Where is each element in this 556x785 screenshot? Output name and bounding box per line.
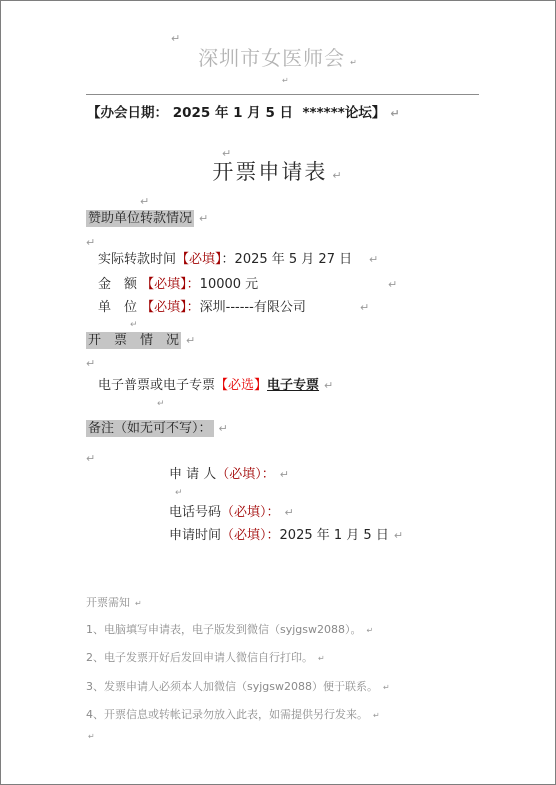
pilcrow-mark: ↵ (350, 58, 358, 67)
transfer-amount-value: 10000 元 (200, 277, 259, 292)
pilcrow-mark: ↵ (394, 529, 403, 542)
pilcrow-mark: ↵ (86, 237, 95, 248)
required-select-tag: 【必选】 (215, 378, 267, 393)
pilcrow-mark: ↵ (88, 733, 95, 741)
pilcrow-mark: ↵ (369, 254, 378, 265)
pilcrow-mark: ↵ (332, 169, 343, 182)
pilcrow-mark: ↵ (222, 148, 231, 159)
transfer-time-value: 2025 年 5 月 27 日 (235, 252, 353, 267)
required-tag: （必填）： (216, 467, 275, 482)
remark-heading-text: 备注（如无可不写）： (86, 420, 214, 437)
pilcrow-mark: ↵ (318, 654, 325, 663)
transfer-heading-text: 赞助单位转款情况 (86, 210, 194, 227)
transfer-unit-value: 深圳------有限公司 (200, 300, 306, 315)
note-item-text: 3、发票申请人必须本人加微信（syjgsw2088）便于联系。 (86, 680, 378, 693)
pilcrow-mark: ↵ (199, 212, 208, 225)
transfer-unit-row: 单 位 【必填】：深圳------有限公司 (98, 300, 306, 316)
pilcrow-mark: ↵ (280, 468, 289, 481)
org-title-line: 深圳市女医师会↵ (1, 46, 555, 71)
invoice-type-label: 电子普票或电子专票 (98, 378, 215, 393)
transfer-amount-row: 金 额 【必填】：10000 元 (98, 277, 258, 293)
colon: ： (187, 300, 200, 315)
transfer-unit-label: 单 位 (98, 300, 141, 315)
transfer-amount-label: 金 额 (98, 277, 141, 292)
pilcrow-mark: ↵ (285, 506, 294, 519)
transfer-time-label: 实际转款时间 (98, 252, 176, 267)
applicant-phone-label: 电话号码 (169, 505, 221, 520)
applicant-date-row: 申请时间（必填）：2025 年 1 月 5 日↵ (169, 528, 403, 544)
required-tag: 【必填】 (141, 277, 187, 292)
pilcrow-mark: ↵ (135, 599, 142, 608)
colon: ： (187, 277, 200, 292)
meeting-date-text: 【办会日期： 2025 年 1 月 5 日 ******论坛】 (87, 105, 385, 121)
applicant-date-label: 申请时间 (169, 528, 221, 543)
transfer-section-heading: 赞助单位转款情况↵ (86, 211, 208, 227)
invoice-type-value: 电子专票 (267, 378, 319, 393)
pilcrow-mark: ↵ (219, 422, 228, 435)
note-item: 1、电脑填写申请表，电子版发到微信（syjgsw2088）。↵ (86, 621, 373, 637)
note-item: 2、电子发票开好后发回申请人微信自行打印。↵ (86, 649, 325, 665)
pilcrow-mark: ↵ (171, 33, 180, 44)
note-item-text: 4、开票信息或转帐记录勿放入此表，如需提供另行发来。 (86, 708, 368, 721)
required-tag: （必填）： (221, 528, 280, 543)
pilcrow-mark: ↵ (367, 626, 374, 635)
pilcrow-mark: ↵ (157, 400, 165, 409)
pilcrow-mark: ↵ (324, 379, 333, 392)
pilcrow-mark: ↵ (86, 453, 95, 464)
pilcrow-mark: ↵ (373, 711, 380, 720)
required-tag: （必填）： (221, 505, 280, 520)
invoice-heading-text: 开 票 情 况 (86, 332, 181, 349)
pilcrow-mark: ↵ (86, 358, 95, 369)
pilcrow-mark: ↵ (130, 321, 138, 330)
invoice-section-heading: 开 票 情 况↵ (86, 333, 195, 349)
pilcrow-mark: ↵ (360, 302, 369, 313)
applicant-name-label: 申 请 人 (169, 467, 216, 482)
notes-title: 开票需知 (86, 596, 130, 609)
note-item: 4、开票信息或转帐记录勿放入此表，如需提供另行发来。↵ (86, 706, 380, 722)
pilcrow-mark: ↵ (175, 489, 183, 498)
applicant-name-row: 申 请 人（必填）：↵ (169, 467, 289, 483)
org-title: 深圳市女医师会 (198, 46, 345, 70)
pilcrow-mark: ↵ (140, 196, 149, 207)
note-item: 3、发票申请人必须本人加微信（syjgsw2088）便于联系。↵ (86, 678, 390, 694)
note-item-text: 2、电子发票开好后发回申请人微信自行打印。 (86, 651, 313, 664)
applicant-phone-row: 电话号码（必填）：↵ (169, 505, 294, 521)
pilcrow-mark: ↵ (390, 107, 399, 120)
pilcrow-mark: ↵ (186, 334, 195, 347)
pilcrow-mark: ↵ (383, 683, 390, 692)
meeting-date-line: 【办会日期： 2025 年 1 月 5 日 ******论坛】↵ (87, 105, 400, 122)
invoice-type-row: 电子普票或电子专票【必选】电子专票↵ (98, 378, 333, 394)
notes-title-line: 开票需知↵ (86, 594, 142, 610)
pilcrow-mark: ↵ (388, 279, 397, 290)
form-title: 开票申请表 (212, 160, 327, 184)
header-divider (86, 94, 479, 95)
transfer-time-row: 实际转款时间【必填】：2025 年 5 月 27 日 (98, 252, 352, 268)
remark-section-heading: 备注（如无可不写）：↵ (86, 421, 228, 437)
required-tag: 【必填】 (176, 252, 222, 267)
required-tag: 【必填】 (141, 300, 187, 315)
colon: ： (222, 252, 235, 267)
pilcrow-mark: ↵ (282, 77, 289, 85)
document-page: ↵ 深圳市女医师会↵ ↵ 【办会日期： 2025 年 1 月 5 日 *****… (0, 0, 556, 785)
form-title-line: 开票申请表↵ (1, 159, 555, 185)
applicant-date-value: 2025 年 1 月 5 日 (280, 528, 389, 543)
note-item-text: 1、电脑填写申请表，电子版发到微信（syjgsw2088）。 (86, 623, 362, 636)
